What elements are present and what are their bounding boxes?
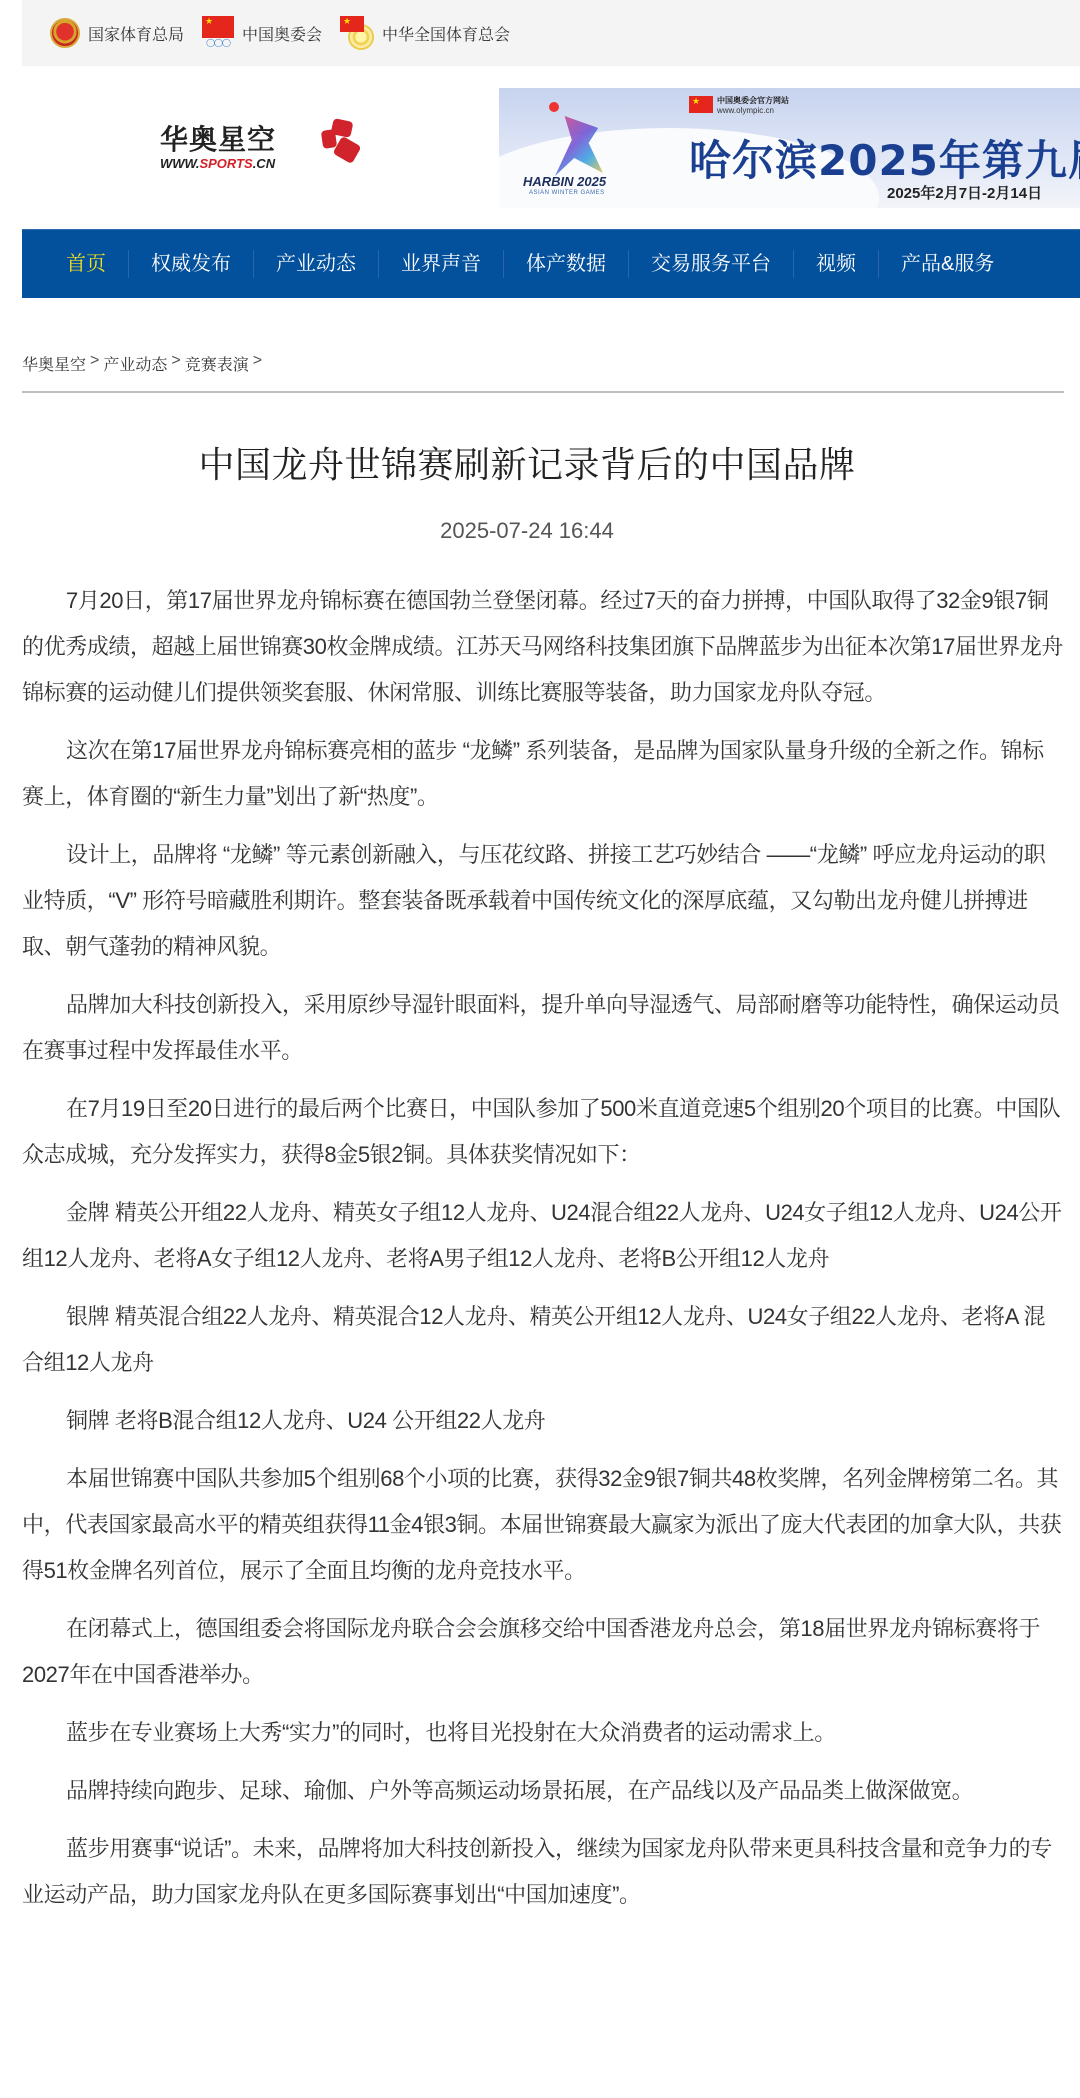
breadcrumb-competitions[interactable]: 竞赛表演: [185, 352, 249, 375]
harbin-2025-emblem-icon: [535, 102, 615, 174]
article-datetime: 2025-07-24 16:44: [22, 518, 1032, 544]
breadcrumb-separator: >: [171, 352, 180, 375]
nav-trading-platform[interactable]: 交易服务平台: [629, 250, 794, 278]
nav-products-services[interactable]: 产品&服务: [879, 250, 1016, 278]
paragraph: 在7月19日至20日进行的最后两个比赛日，中国队参加了500米直道竞速5个组别2…: [22, 1086, 1064, 1178]
silver-medals-paragraph: 银牌 精英混合组22人龙舟、精英混合12人龙舟、精英公开组12人龙舟、U24女子…: [22, 1294, 1064, 1386]
banner-dates: 2025年2月7日-2月14日: [887, 182, 1042, 203]
paragraph: 品牌加大科技创新投入，采用原纱导湿针眼面料，提升单向导湿透气、局部耐磨等功能特性…: [22, 982, 1064, 1074]
coc-site-badge: 中国奥委会官方网站www.olympic.cn: [689, 96, 789, 116]
link-label: 中华全国体育总会: [382, 22, 510, 45]
link-label: 国家体育总局: [88, 22, 184, 45]
paragraph: 蓝步用赛事“说话”。未来，品牌将加大科技创新投入，继续为国家龙舟队带来更具科技含…: [22, 1826, 1064, 1918]
nav-video[interactable]: 视频: [794, 250, 879, 278]
breadcrumb-home[interactable]: 华奥星空: [22, 352, 86, 375]
link-general-administration-of-sport[interactable]: 国家体育总局: [50, 18, 184, 48]
breadcrumb: 华奥星空 > 产业动态 > 竞赛表演 >: [22, 352, 266, 375]
breadcrumb-separator: >: [90, 352, 99, 375]
nav-industry-news[interactable]: 产业动态: [254, 250, 379, 278]
acf-flag-disc-icon: [340, 16, 374, 50]
nav-sports-data[interactable]: 体产数据: [504, 250, 629, 278]
paragraph: 7月20日，第17届世界龙舟锦标赛在德国勃兰登堡闭幕。经过7天的奋力拼搏，中国队…: [22, 578, 1064, 716]
national-emblem-icon: [50, 18, 80, 48]
link-label: 中国奥委会: [242, 22, 322, 45]
divider: [22, 391, 1064, 393]
article-body: 7月20日，第17届世界龙舟锦标赛在德国勃兰登堡闭幕。经过7天的奋力拼搏，中国队…: [22, 578, 1064, 1930]
paragraph: 蓝步在专业赛场上大秀“实力”的同时，也将目光投射在大众消费者的运动需求上。: [22, 1710, 1064, 1756]
bronze-medals-paragraph: 铜牌 老将B混合组12人龙舟、U24 公开组22人龙舟: [22, 1398, 1064, 1444]
logo-star-mark-icon: [322, 120, 358, 162]
article-title: 中国龙舟世锦赛刷新记录背后的中国品牌: [22, 437, 1032, 488]
link-all-china-sports-federation[interactable]: 中华全国体育总会: [340, 16, 510, 50]
china-flag-olympic-rings-icon: ◯◯◯: [202, 16, 234, 50]
nav-home[interactable]: 首页: [44, 250, 129, 278]
gov-links-bar: 国家体育总局 ◯◯◯ 中国奥委会 中华全国体育总会: [22, 0, 1080, 66]
banner-headline: 哈尔滨2025年第九届: [689, 128, 1080, 188]
gold-medals-paragraph: 金牌 精英公开组22人龙舟、精英女子组12人龙舟、U24混合组22人龙舟、U24…: [22, 1190, 1064, 1282]
paragraph: 本届世锦赛中国队共参加5个组别68个小项的比赛，获得32金9银7铜共48枚奖牌，…: [22, 1456, 1064, 1594]
harbin-2025-banner-ad[interactable]: HARBIN 2025 ASIAN WINTER GAMES 中国奥委会官方网站…: [499, 88, 1080, 208]
nav-industry-voices[interactable]: 业界声音: [379, 250, 504, 278]
china-flag-icon: [689, 96, 713, 113]
paragraph: 这次在第17届世界龙舟锦标赛亮相的蓝步 “龙鳞” 系列装备，是品牌为国家队量身升…: [22, 728, 1064, 820]
link-chinese-olympic-committee[interactable]: ◯◯◯ 中国奥委会: [202, 16, 322, 50]
paragraph: 设计上，品牌将 “龙鳞” 等元素创新融入，与压花纹路、拼接工艺巧妙结合 ——“龙…: [22, 832, 1064, 970]
nav-official-releases[interactable]: 权威发布: [129, 250, 254, 278]
site-header: 华奥星空 WWW.SPORTS.CN HARBIN 2025 ASIAN WIN…: [22, 66, 1080, 226]
breadcrumb-industry-news[interactable]: 产业动态: [103, 352, 167, 375]
paragraph: 品牌持续向跑步、足球、瑜伽、户外等高频运动场景拓展，在产品线以及产品品类上做深做…: [22, 1768, 1064, 1814]
main-nav: 首页 权威发布 产业动态 业界声音 体产数据 交易服务平台 视频 产品&服务: [22, 229, 1080, 298]
site-logo[interactable]: 华奥星空 WWW.SPORTS.CN: [160, 118, 360, 178]
breadcrumb-separator: >: [253, 352, 262, 375]
paragraph: 在闭幕式上，德国组委会将国际龙舟联合会会旗移交给中国香港龙舟总会，第18届世界龙…: [22, 1606, 1064, 1698]
